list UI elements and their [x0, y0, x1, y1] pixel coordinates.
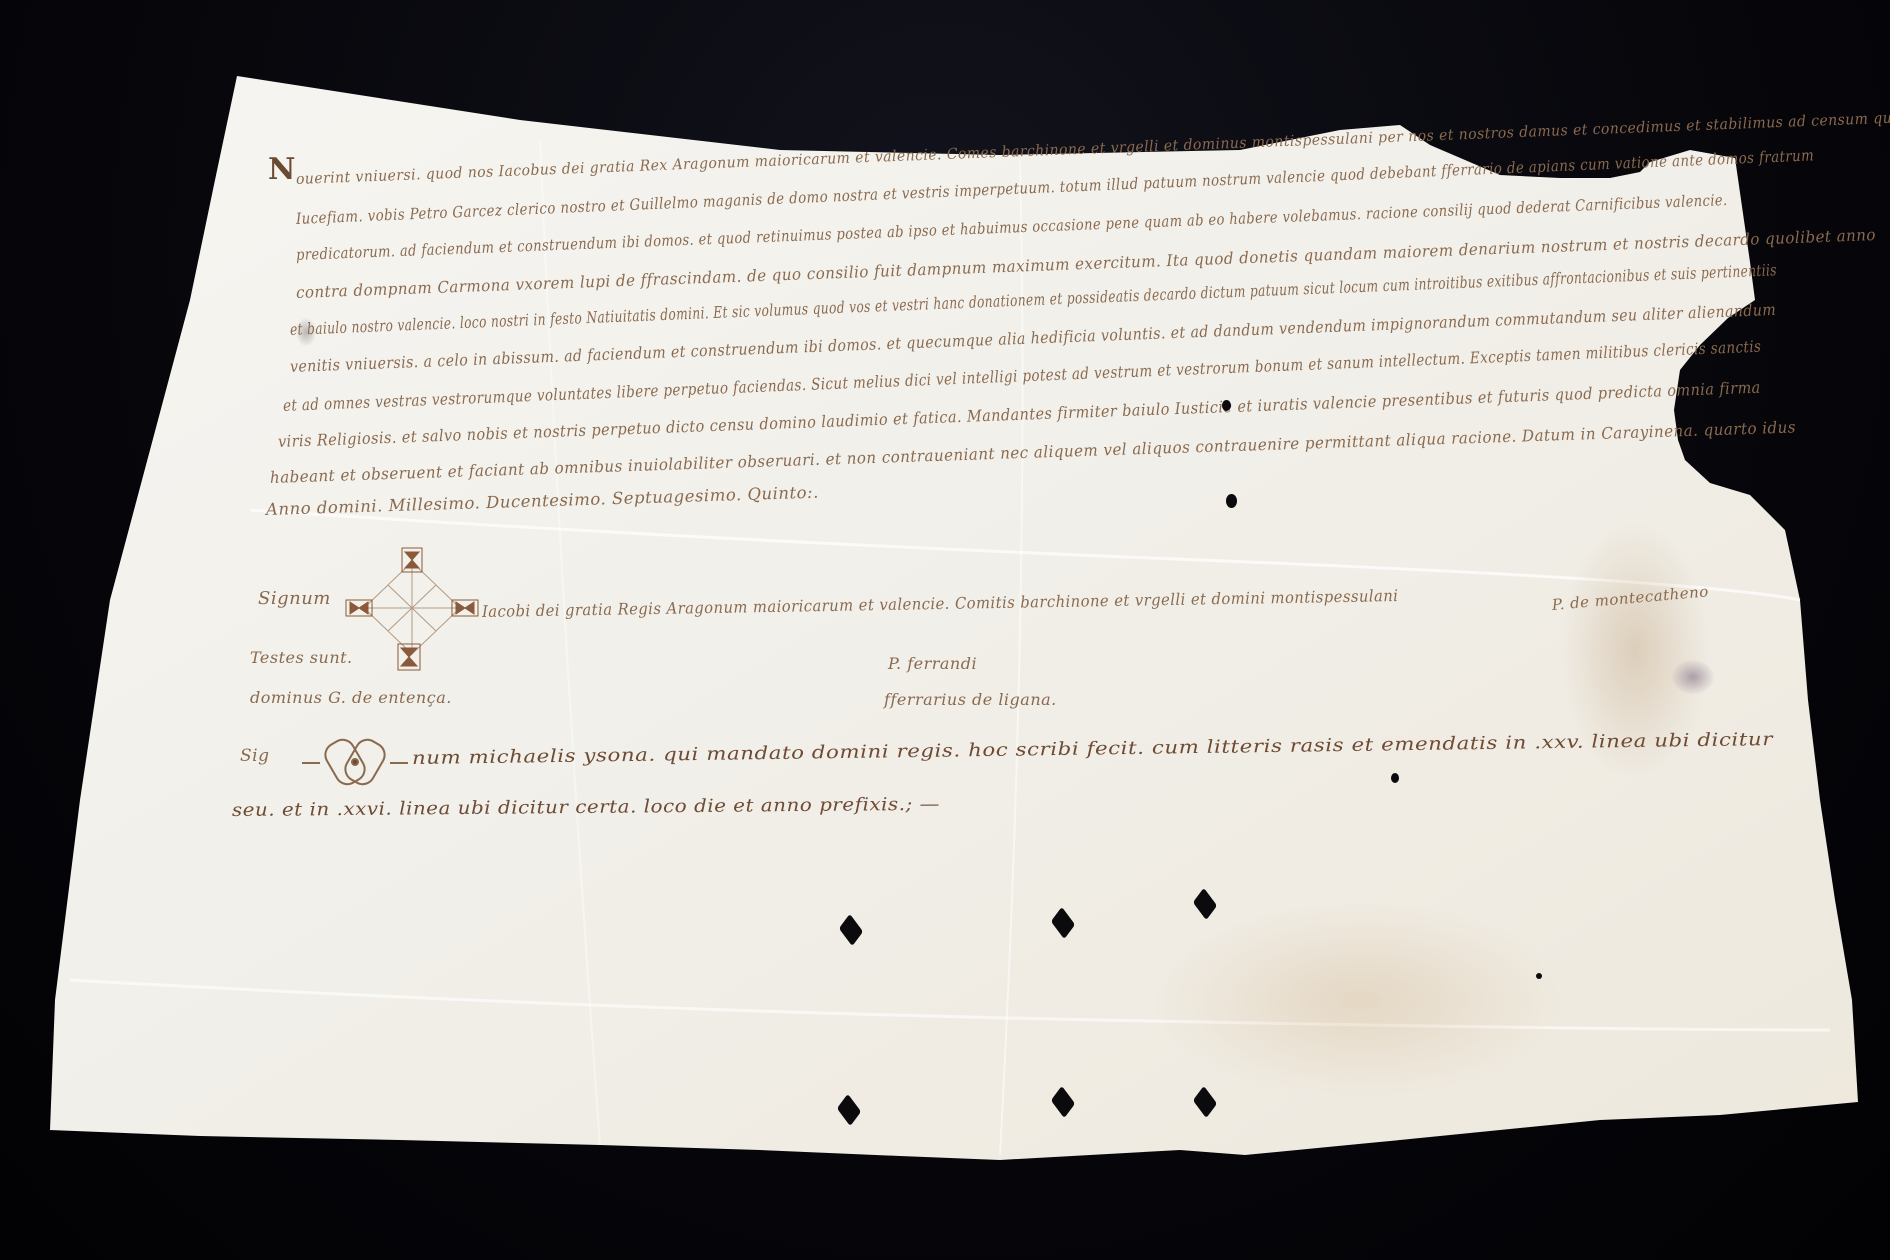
pinhole — [1222, 400, 1231, 411]
witness-1: dominus G. de entença. — [250, 688, 452, 707]
witness-2: P. ferrandi — [888, 654, 977, 673]
witnesses-heading: Testes sunt. — [250, 648, 353, 667]
signum-label: Signum — [258, 588, 331, 609]
notary-sig-label: Sig — [240, 746, 269, 766]
pinhole — [1536, 973, 1542, 979]
notarial-knot-sign — [300, 728, 410, 798]
pinhole — [1226, 494, 1237, 508]
royal-signum-cross — [332, 540, 492, 680]
pinhole — [1391, 773, 1399, 783]
witness-3: fferrarius de ligana. — [884, 690, 1057, 709]
decorated-initial: N — [268, 152, 295, 187]
